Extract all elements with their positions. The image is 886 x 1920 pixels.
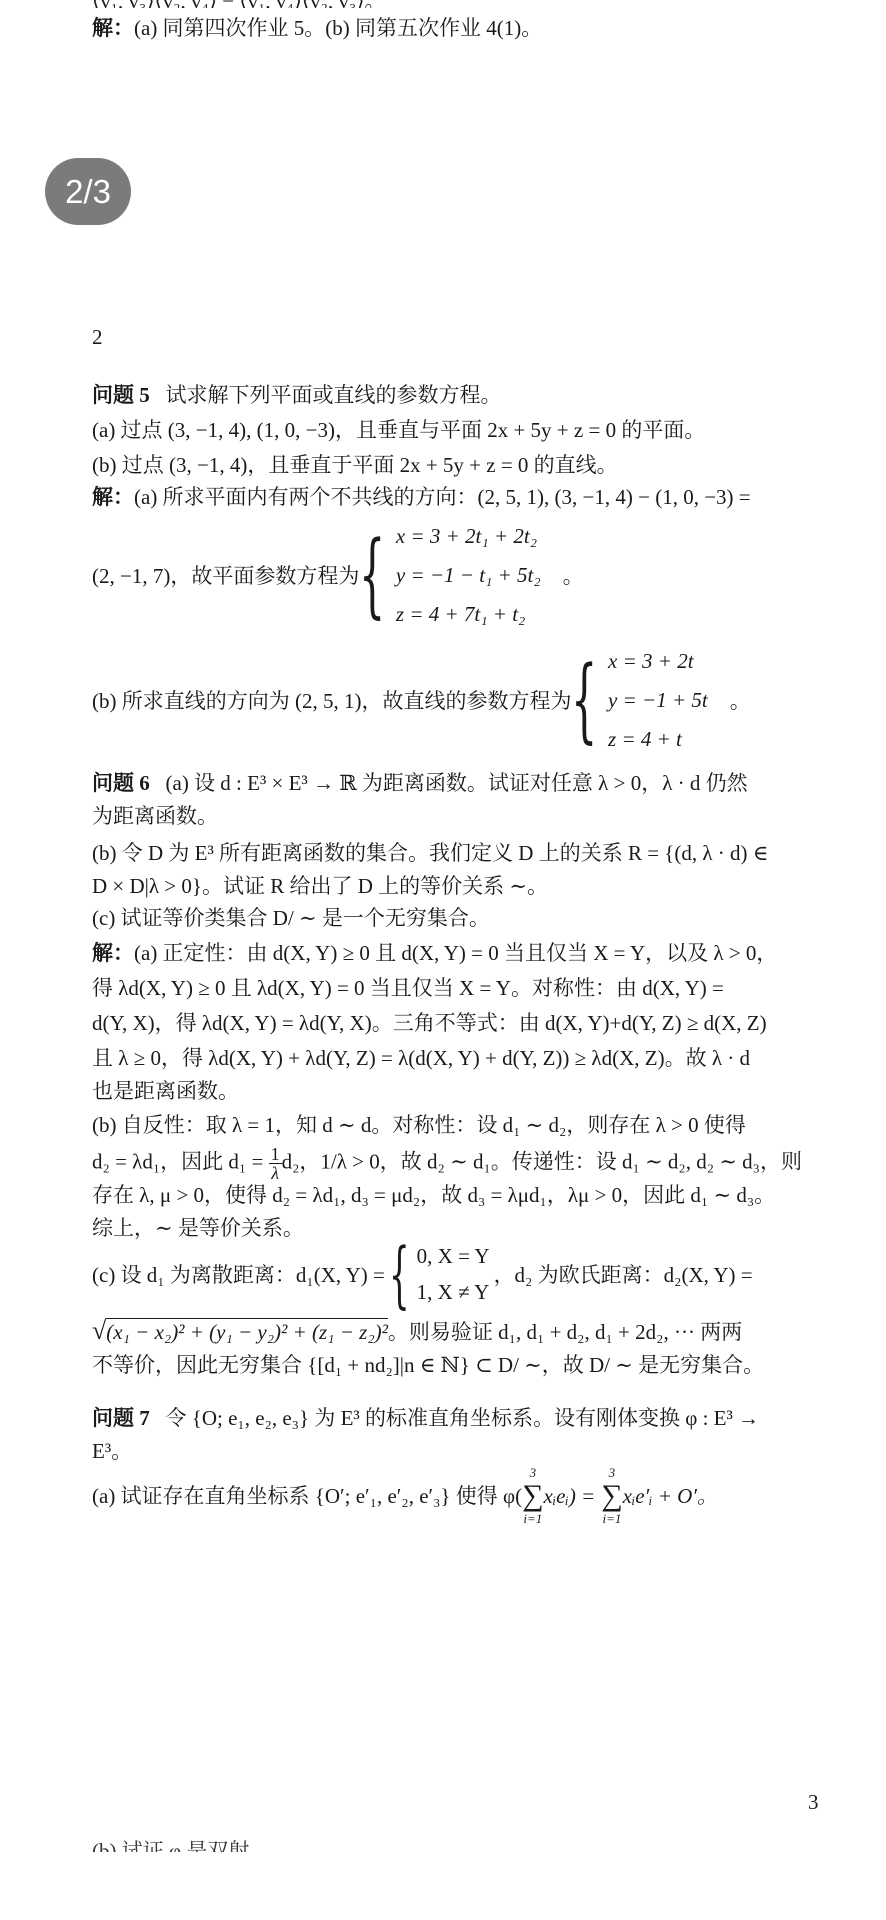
equation-z: z = 4 + 7t₁ + t₂	[396, 595, 541, 634]
sum-lower-limit: i=1	[602, 1511, 621, 1527]
left-brace-icon: {	[571, 654, 597, 746]
problem5-statement: 试求解下列平面或直线的参数方程。	[166, 383, 502, 407]
problem6-line-3: D × D|λ > 0}。试证 R 给出了 D 上的等价关系 ∼。	[92, 873, 548, 899]
summation: 3 ∑ i=1	[522, 1465, 543, 1527]
text-segment: ，d₂ 为欧氏距离：d₂(X, Y) =	[494, 1259, 753, 1289]
problem6-solution-c-piecewise: (c) 设 d₁ 为离散距离：d₁(X, Y) = { 0, X = Y 1, …	[92, 1238, 753, 1310]
left-brace-icon: {	[389, 1238, 410, 1310]
period: 。	[730, 685, 751, 715]
problem6-solution-line-1: 得 λd(X, Y) ≥ 0 且 λd(X, Y) = 0 当且仅当 X = Y…	[92, 975, 724, 1001]
problem6-solution-b-line2: d₂ = λd₁，因此 d₁ = 1λd₂，1/λ > 0，故 d₂ ∼ d₁。…	[92, 1145, 802, 1182]
case-not-equal: 1, X ≠ Y	[417, 1274, 490, 1310]
problem7-line-2: E³。	[92, 1438, 132, 1464]
problem6-solution-c-last: 不等价，因此无穷集合 {[d₁ + nd₂]|n ∈ ℕ} ⊂ D/ ∼，故 D…	[92, 1352, 764, 1378]
text-segment: xᵢeᵢ) =	[544, 1483, 596, 1509]
page-indicator-text: 2/3	[65, 173, 111, 211]
problem7-part-a: (a) 试证存在直角坐标系 {O′; e′₁, e′₂, e′₃} 使得 φ( …	[92, 1466, 718, 1526]
problem7-line-1: 问题 7 令 {O; e₁, e₂, e₃} 为 E³ 的标准直角坐标系。设有刚…	[92, 1405, 759, 1431]
cut-off-line: ⟨v₁, v₃⟩⟨v₂, v₄⟩ − ⟨v₁, v₄⟩⟨v₂, v₃⟩。	[92, 0, 385, 8]
page-header-number: 2	[92, 325, 103, 350]
cut-line-text: ⟨v₁, v₃⟩⟨v₂, v₄⟩ − ⟨v₁, v₄⟩⟨v₂, v₃⟩。	[92, 0, 385, 8]
page-indicator-badge: 2/3	[45, 158, 131, 225]
problem6-solution-c-sqrt-line: √(x₁ − x₂)² + (y₁ − y₂)² + (z₁ − z₂)²。则易…	[92, 1318, 742, 1345]
sigma-icon: ∑	[522, 1481, 543, 1511]
problem5-solution-a-system: (2, −1, 7)，故平面参数方程为 { x = 3 + 2t₁ + 2t₂ …	[92, 515, 584, 635]
sum-lower-limit: i=1	[523, 1511, 542, 1527]
problem6-solution-line-6: 存在 λ, μ > 0，使得 d₂ = λd₁, d₃ = μd₂，故 d₃ =…	[92, 1182, 775, 1208]
solution-text: (a) 正定性：由 d(X, Y) ≥ 0 且 d(X, Y) = 0 当且仅当…	[134, 941, 777, 965]
problem7-text: 令 {O; e₁, e₂, e₃} 为 E³ 的标准直角坐标系。设有刚体变换 φ…	[166, 1406, 760, 1430]
text-segment: 。则易验证 d₁, d₁ + d₂, d₁ + 2d₂, ··· 两两	[388, 1320, 742, 1344]
problem5-part-b: (b) 过点 (3, −1, 4)，且垂直于平面 2x + 5y + z = 0…	[92, 452, 618, 478]
summation: 3 ∑ i=1	[601, 1465, 622, 1527]
page-footer-number: 3	[808, 1790, 819, 1815]
text-segment: xᵢe′ᵢ + O′。	[623, 1483, 718, 1509]
period: 。	[563, 560, 584, 590]
sqrt-icon: √	[92, 1316, 106, 1345]
text-segment: (c) 设 d₁ 为离散距离：d₁(X, Y) =	[92, 1259, 385, 1289]
problem6-line-1: 为距离函数。	[92, 803, 218, 829]
equation-system: x = 3 + 2t₁ + 2t₂ y = −1 − t₁ + 5t₂ z = …	[396, 517, 541, 634]
problem5-part-a: (a) 过点 (3, −1, 4), (1, 0, −3)，且垂直与平面 2x …	[92, 417, 705, 443]
sigma-icon: ∑	[601, 1481, 622, 1511]
equation-z: z = 4 + t	[608, 720, 708, 759]
fraction-denominator: λ	[271, 1164, 279, 1182]
text-segment: (a) 试证存在直角坐标系 {O′; e′₁, e′₂, e′₃} 使得 φ(	[92, 1483, 522, 1509]
problem5-label: 问题 5	[92, 383, 150, 407]
case-equal: 0, X = Y	[417, 1238, 490, 1274]
equation-y: y = −1 − t₁ + 5t₂	[396, 556, 541, 595]
sqrt-expression: (x₁ − x₂)² + (y₁ − y₂)² + (z₁ − z₂)²	[106, 1318, 388, 1344]
text-segment: d₂ = λd₁，因此 d₁ =	[92, 1149, 269, 1173]
problem6-line-4: (c) 试证等价类集合 D/ ∼ 是一个无穷集合。	[92, 905, 490, 931]
equation-system: x = 3 + 2t y = −1 + 5t z = 4 + t	[608, 642, 708, 759]
solution-label: 解：	[92, 485, 134, 509]
problem5-solution-a-line1: 解：(a) 所求平面内有两个不共线的方向：(2, 5, 1), (3, −1, …	[92, 484, 751, 510]
problem5-heading: 问题 5 试求解下列平面或直线的参数方程。	[92, 382, 502, 408]
problem6-line-2: (b) 令 D 为 E³ 所有距离函数的集合。我们定义 D 上的关系 R = {…	[92, 840, 768, 866]
fraction: 1λ	[269, 1145, 282, 1182]
problem6-solution-line-5: (b) 自反性：取 λ = 1，知 d ∼ d。对称性：设 d₁ ∼ d₂，则存…	[92, 1112, 746, 1138]
problem6-line-0: 问题 6 (a) 设 d : E³ × E³ → ℝ 为距离函数。试证对任意 λ…	[92, 770, 748, 796]
solution-a-line2: (2, −1, 7)，故平面参数方程为	[92, 560, 359, 590]
cases: 0, X = Y 1, X ≠ Y	[417, 1238, 490, 1310]
solution-b-text: (b) 所求直线的方向为 (2, 5, 1)，故直线的参数方程为	[92, 685, 571, 715]
text-segment: d₂，1/λ > 0，故 d₂ ∼ d₁。传递性：设 d₁ ∼ d₂, d₂ ∼…	[282, 1149, 802, 1173]
problem6-text: (a) 设 d : E³ × E³ → ℝ 为距离函数。试证对任意 λ > 0，…	[166, 771, 748, 795]
solution-label: 解：	[92, 16, 134, 40]
problem7-label: 问题 7	[92, 1406, 150, 1430]
solution-text: (a) 所求平面内有两个不共线的方向：(2, 5, 1), (3, −1, 4)…	[134, 485, 751, 509]
equation-x: x = 3 + 2t	[608, 642, 708, 681]
cut-line-text: (b) 试证 φ 是双射	[92, 1839, 249, 1852]
fraction-numerator: 1	[269, 1145, 282, 1164]
problem6-solution-line-0: 解：(a) 正定性：由 d(X, Y) ≥ 0 且 d(X, Y) = 0 当且…	[92, 940, 777, 966]
problem6-solution-line-4: 也是距离函数。	[92, 1078, 239, 1104]
problem6-solution-line-2: d(Y, X)，得 λd(X, Y) = λd(Y, X)。三角不等式：由 d(…	[92, 1010, 767, 1036]
equation-y: y = −1 + 5t	[608, 681, 708, 720]
problem5-solution-b-system: (b) 所求直线的方向为 (2, 5, 1)，故直线的参数方程为 { x = 3…	[92, 640, 751, 760]
solution-text: (a) 同第四次作业 5。(b) 同第五次作业 4(1)。	[134, 16, 542, 40]
solution-label: 解：	[92, 941, 134, 965]
equation-x: x = 3 + 2t₁ + 2t₂	[396, 517, 541, 556]
cut-off-next-line: (b) 试证 φ 是双射	[92, 1838, 249, 1852]
problem6-solution-line-3: 且 λ ≥ 0，得 λd(X, Y) + λd(Y, Z) = λ(d(X, Y…	[92, 1045, 750, 1071]
prev-solution-line: 解：(a) 同第四次作业 5。(b) 同第五次作业 4(1)。	[92, 15, 542, 41]
problem6-label: 问题 6	[92, 771, 150, 795]
left-brace-icon: {	[359, 529, 385, 621]
